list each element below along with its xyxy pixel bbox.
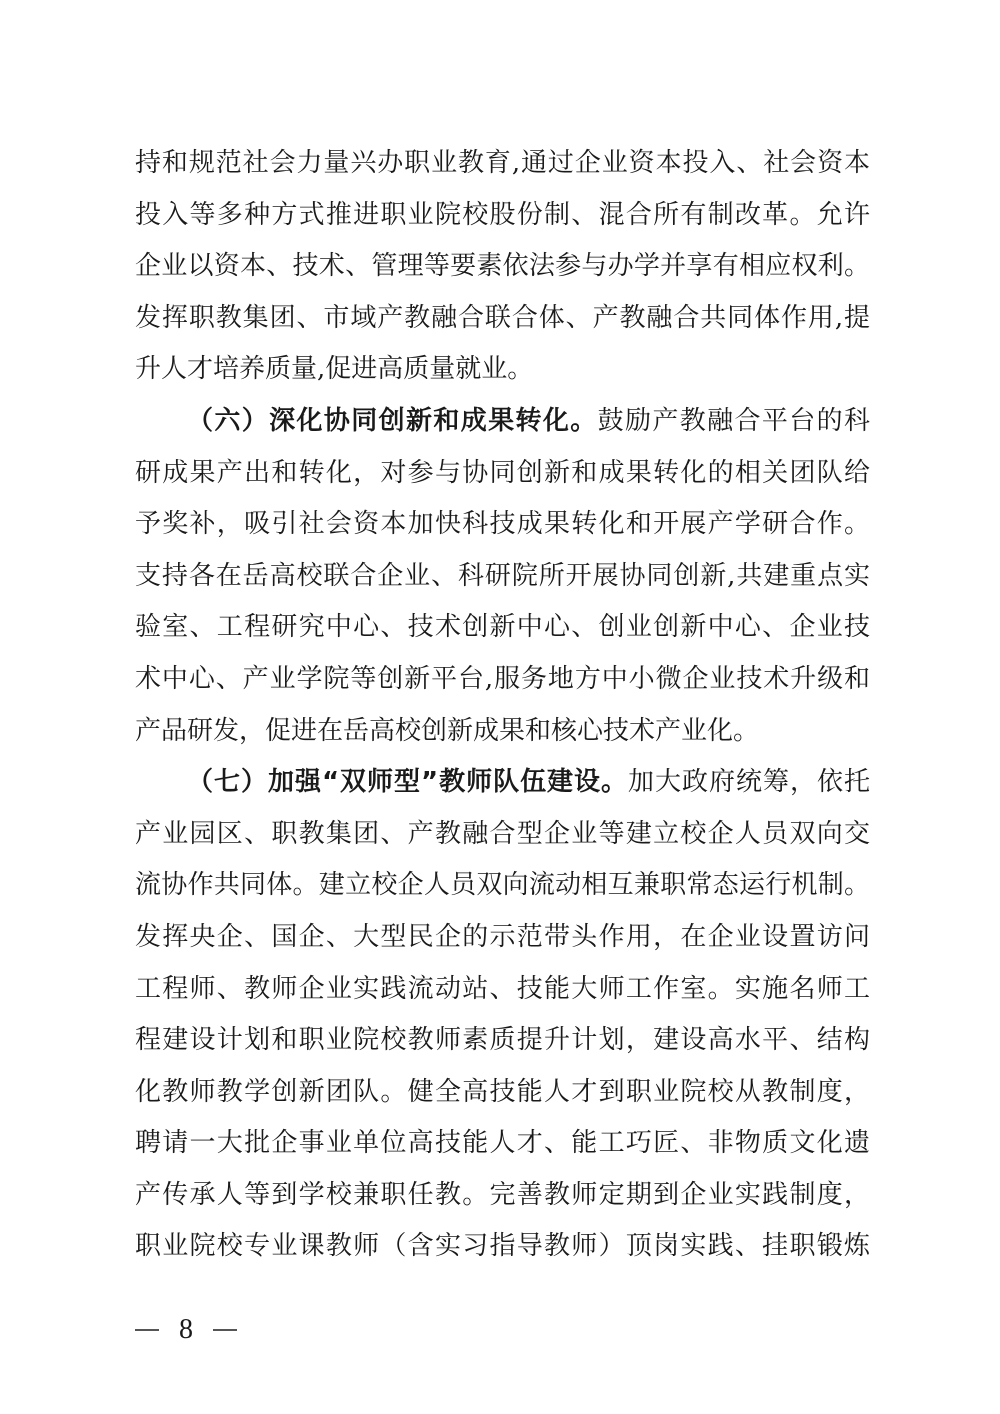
text-line: 职业院校专业课教师（含实习指导教师）顶岗实践、挂职锻炼 [135, 1221, 870, 1273]
text-line: 投入等多种方式推进职业院校股份制、混合所有制改革。允许 [135, 190, 870, 242]
page-number-footer: 8 [135, 1314, 237, 1346]
text-line: 持和规范社会力量兴办职业教育,通过企业资本投入、社会资本 [135, 138, 870, 190]
text-line: 产业园区、职教集团、产教融合型企业等建立校企人员双向交 [135, 809, 870, 861]
document-page: 持和规范社会力量兴办职业教育,通过企业资本投入、社会资本 投入等多种方式推进职业… [0, 0, 1000, 1414]
section-heading-6: （六）深化协同创新和成果转化。 [187, 406, 598, 436]
page-number: 8 [179, 1314, 193, 1346]
text-line: 企业以资本、技术、管理等要素依法参与办学并享有相应权利。 [135, 241, 870, 293]
dash-right-icon [213, 1329, 237, 1331]
text-line: 予奖补，吸引社会资本加快科技成果转化和开展产学研合作。 [135, 499, 870, 551]
text-line: 产品研发，促进在岳高校创新成果和核心技术产业化。 [135, 706, 870, 758]
text-line: 升人才培养质量,促进高质量就业。 [135, 344, 870, 396]
text-line: 研成果产出和转化，对参与协同创新和成果转化的相关团队给 [135, 448, 870, 500]
text-line: 发挥职教集团、市域产教融合联合体、产教融合共同体作用,提 [135, 293, 870, 345]
text-run: 加大政府统筹，依托 [628, 767, 870, 797]
text-line: 发挥央企、国企、大型民企的示范带头作用，在企业设置访问 [135, 912, 870, 964]
text-line: 验室、工程研究中心、技术创新中心、创业创新中心、企业技 [135, 602, 870, 654]
text-line: 工程师、教师企业实践流动站、技能大师工作室。实施名师工 [135, 964, 870, 1016]
text-line: 聘请一大批企事业单位高技能人才、能工巧匠、非物质文化遗 [135, 1118, 870, 1170]
text-line: 产传承人等到学校兼职任教。完善教师定期到企业实践制度， [135, 1170, 870, 1222]
text-line: 程建设计划和职业院校教师素质提升计划，建设高水平、结构 [135, 1015, 870, 1067]
text-run: 鼓励产教融合平台的科 [598, 406, 870, 436]
text-line: 流协作共同体。建立校企人员双向流动相互兼职常态运行机制。 [135, 860, 870, 912]
dash-left-icon [135, 1329, 159, 1331]
section-heading-7: （七）加强“双师型”教师队伍建设。 [187, 767, 628, 797]
text-line: 支持各在岳高校联合企业、科研院所开展协同创新,共建重点实 [135, 551, 870, 603]
body-text: 持和规范社会力量兴办职业教育,通过企业资本投入、社会资本 投入等多种方式推进职业… [135, 138, 870, 1273]
text-line: 术中心、产业学院等创新平台,服务地方中小微企业技术升级和 [135, 654, 870, 706]
section-heading-line: （七）加强“双师型”教师队伍建设。加大政府统筹，依托 [135, 757, 870, 809]
text-line: 化教师教学创新团队。健全高技能人才到职业院校从教制度， [135, 1067, 870, 1119]
section-heading-line: （六）深化协同创新和成果转化。鼓励产教融合平台的科 [135, 396, 870, 448]
